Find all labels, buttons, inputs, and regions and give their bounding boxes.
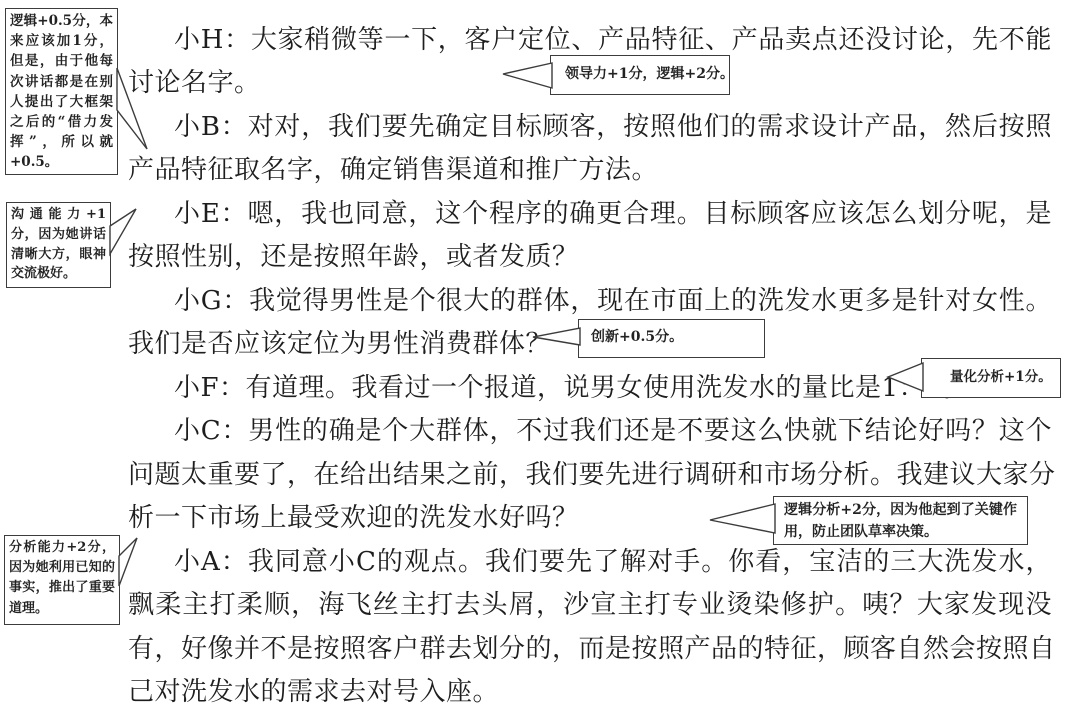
- dialogue-line-01: 小H：大家稍微等一下，客户定位、产品特征、产品卖点还没讨论，先不能: [128, 22, 1052, 58]
- dialogue-line-09: 小F：有道理。我看过一个报道，说男女使用洗发水的量比是1：3。: [128, 370, 1052, 406]
- dialogue-line-15: 有，好像并不是按照客户群去划分的，而是按照产品的特征，顾客自然会按照自: [128, 631, 1052, 667]
- dialogue-line-05: 小E：嗯，我也同意，这个程序的确更合理。目标顾客应该怎么划分呢，是: [128, 196, 1052, 232]
- margin-note-quantitative-score: 量化分析+1分。: [921, 358, 1061, 398]
- dialogue-line-03: 小B：对对，我们要先确定目标顾客，按照他们的需求设计产品，然后按照: [128, 109, 1052, 145]
- dialogue-line-11: 问题太重要了，在给出结果之前，我们要先进行调研和市场分析。我建议大家分: [128, 457, 1052, 493]
- dialogue-line-06: 按照性别，还是按照年龄，或者发质？: [128, 239, 1052, 275]
- margin-note-logic-score: 逻辑+0.5分，本来应该加1分，但是，由于他每次讲话都是在别人提出了大框架之后的…: [5, 8, 118, 175]
- dialogue-line-13: 小A：我同意小C的观点。我们要先了解对手。你看，宝洁的三大洗发水，: [128, 544, 1052, 580]
- margin-note-communication-score: 沟通能力+1分，因为她讲话清晰大方，眼神交流极好。: [6, 202, 111, 288]
- dialogue-line-10: 小C：男性的确是个大群体，不过我们还是不要这么快就下结论好吗？这个: [128, 413, 1052, 449]
- margin-note-leadership-score: 领导力+1分，逻辑+2分。: [550, 55, 730, 95]
- margin-note-innovation-score: 创新+0.5分。: [578, 319, 765, 358]
- dialogue-line-14: 飘柔主打柔顺，海飞丝主打去头屑，沙宣主打专业烫染修护。咦？大家发现没: [128, 587, 1052, 623]
- dialogue-line-16: 己对洗发水的需求去对号入座。: [128, 674, 1052, 708]
- dialogue-line-07: 小G：我觉得男性是个很大的群体，现在市面上的洗发水更多是针对女性。: [128, 283, 1052, 319]
- margin-note-logic-analysis-score: 逻辑分析+2分，因为他起到了关键作用，防止团队草率决策。: [773, 496, 1028, 545]
- dialogue-line-04: 产品特征取名字，确定销售渠道和推广方法。: [128, 152, 1052, 188]
- margin-note-analysis-score: 分析能力+2分，因为她利用已知的事实，推出了重要道理。: [4, 535, 120, 625]
- scanned-document-page: 小H：大家稍微等一下，客户定位、产品特征、产品卖点还没讨论，先不能 讨论名字。 …: [0, 0, 1072, 708]
